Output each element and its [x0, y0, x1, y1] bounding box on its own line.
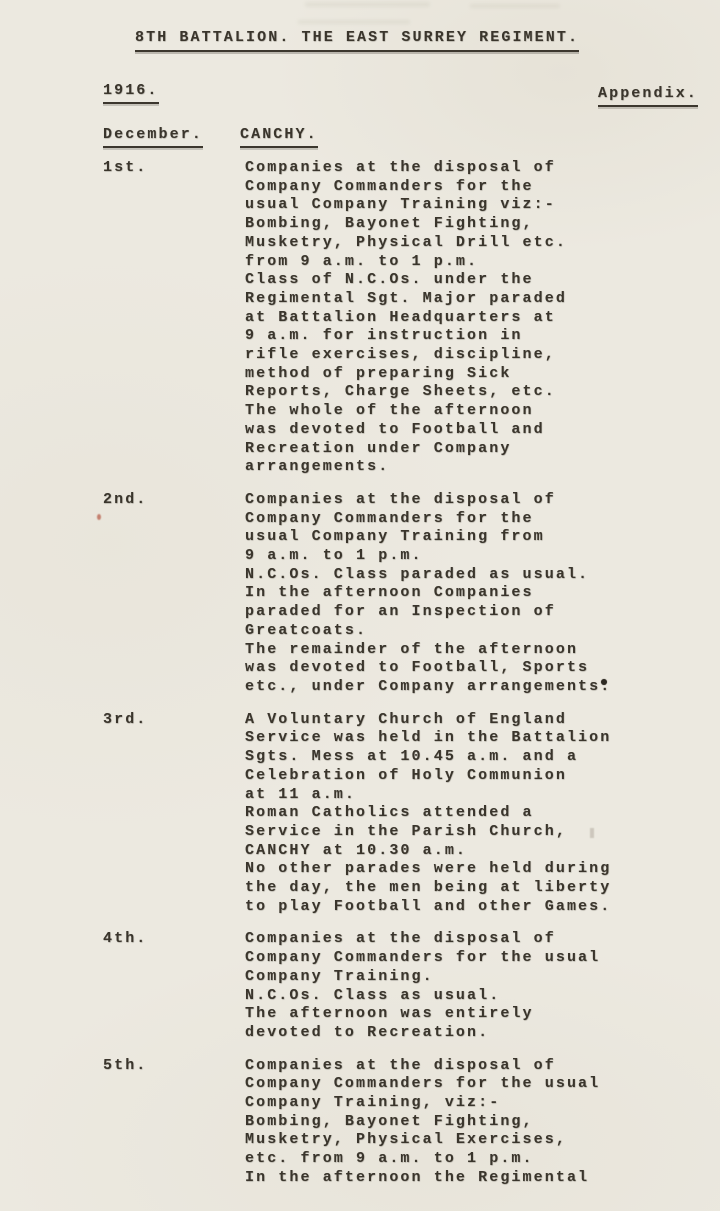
entry-body-text: Companies at the disposal of Company Com… — [245, 159, 669, 477]
entry-day-label: 3rd. — [103, 711, 245, 730]
entry-day-label: 5th. — [103, 1057, 245, 1076]
diary-entry-3rd: 3rd. A Voluntary Church of England Servi… — [103, 711, 669, 917]
scan-smudge — [470, 4, 560, 8]
scan-smudge — [305, 2, 430, 7]
appendix-label: Appendix. — [598, 85, 698, 107]
location-label: CANCHY. — [240, 126, 318, 148]
diary-entry-5th: 5th. Companies at the disposal of Compan… — [103, 1057, 669, 1188]
entry-day-label: 2nd. — [103, 491, 245, 510]
entry-body-text: A Voluntary Church of England Service wa… — [245, 711, 669, 917]
faint-mark-artifact — [590, 828, 594, 838]
entry-body-text: Companies at the disposal of Company Com… — [245, 1057, 669, 1188]
diary-entries: 1st. Companies at the disposal of Compan… — [103, 159, 669, 1202]
ink-dot-artifact — [601, 679, 607, 685]
diary-entry-4th: 4th. Companies at the disposal of Compan… — [103, 930, 669, 1042]
war-diary-page: 8TH BATTALION. THE EAST SURREY REGIMENT.… — [0, 0, 720, 1211]
red-speck-artifact — [97, 514, 101, 520]
diary-entry-1st: 1st. Companies at the disposal of Compan… — [103, 159, 669, 477]
entry-day-label: 4th. — [103, 930, 245, 949]
scan-smudge — [298, 20, 410, 24]
entry-day-label: 1st. — [103, 159, 245, 178]
year-label: 1916. — [103, 82, 159, 104]
document-title: 8TH BATTALION. THE EAST SURREY REGIMENT. — [135, 29, 579, 52]
entry-body-text: Companies at the disposal of Company Com… — [245, 491, 669, 697]
diary-entry-2nd: 2nd. Companies at the disposal of Compan… — [103, 491, 669, 697]
month-label: December. — [103, 126, 203, 148]
entry-body-text: Companies at the disposal of Company Com… — [245, 930, 669, 1042]
